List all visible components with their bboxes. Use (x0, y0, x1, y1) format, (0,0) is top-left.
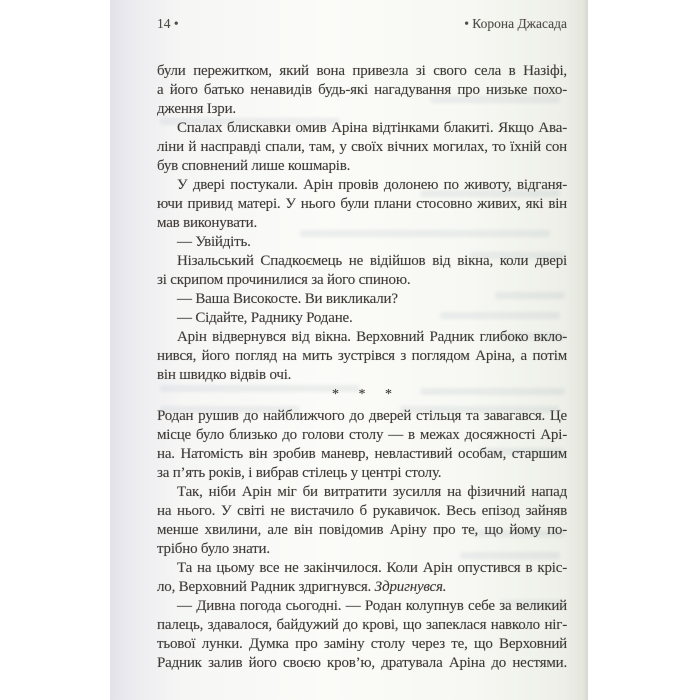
text-line: Та на цьому все не закінчилося. Коли Арі… (157, 559, 567, 578)
text-line-segment: — Ваша Високосте. Ви викликали? (177, 291, 398, 307)
text-line: Нізальський Спадкоємець не відійшов від … (157, 252, 567, 271)
text-line-segment: — Сідайте, Раднику Родане. (177, 310, 353, 326)
scan-background: { "header": { "left": "14 •", "right": "… (0, 0, 700, 700)
text-line-segment: ло, Верховний Радник здригнувся. (157, 579, 375, 595)
text-line-segment: а його батько ненавидів будь-які нагадув… (157, 82, 567, 98)
text-line-segment: дження Ізри. (157, 101, 236, 117)
text-line-segment: був сповнений лише кошмарів. (157, 158, 350, 174)
text-line-segment: були пережитком, який вона привезла зі с… (157, 63, 567, 79)
text-line: ліни й насправді спали, там, у своїх віч… (157, 138, 567, 157)
text-line-segment: Арін відвернувся від вікна. Верховний Ра… (177, 329, 567, 345)
text-line: за п’ять років, і вибрав стілець у центр… (157, 464, 567, 483)
text-line: були пережитком, який вона привезла зі с… (157, 62, 567, 81)
text-line: Так, ніби Арін міг би витратити зусилля … (157, 483, 567, 502)
text-line-segment: зі скрипом прочинилися за його спиною. (157, 272, 410, 288)
text-line-segment: на нього. У світі не вистачило б рукавич… (157, 503, 567, 519)
text-line: на нього. У світі не вистачило б рукавич… (157, 502, 567, 521)
text-line: ло, Верховний Радник здригнувся. Здригну… (157, 578, 567, 597)
text-line-segment: Родан рушив до найближчого до дверей сті… (157, 408, 567, 424)
text-line-segment: ліни й насправді спали, там, у своїх віч… (157, 139, 567, 155)
text-line-segment: Так, ніби Арін міг би витратити зусилля … (177, 484, 567, 500)
text-line-segment: за п’ять років, і вибрав стілець у центр… (157, 465, 441, 481)
section-break: * * * (157, 385, 567, 407)
book-page: 14 • • Корона Джасада були пережитком, я… (110, 0, 588, 700)
text-line-segment: Та на цьому все не закінчилося. Коли Арі… (177, 560, 567, 576)
text-line-segment: менше хвилини, але він повідомив Аріну п… (157, 522, 567, 538)
text-line-segment: нився, його погляд на мить зустрівся з п… (157, 348, 567, 364)
text-line: трібно було знати. (157, 540, 567, 559)
text-block-before-break: були пережитком, який вона привезла зі с… (157, 62, 567, 385)
text-line-segment: місце було близько до голови столу — в м… (157, 427, 567, 443)
page-number: 14 • (157, 15, 179, 33)
text-line-segment: тьової лунки. Думка про заміну столу чер… (157, 636, 567, 652)
text-line-segment: він швидко відвів очі. (157, 367, 291, 383)
text-line: — Увійдіть. (157, 233, 567, 252)
text-line: — Дивна погода сьогодні. — Родан колупну… (157, 597, 567, 616)
text-line: палець, здавалося, байдужий до крові, що… (157, 616, 567, 635)
text-line: нився, його погляд на мить зустрівся з п… (157, 347, 567, 366)
text-line: У двері постукали. Арін провів долонею п… (157, 176, 567, 195)
text-line-segment: — Дивна погода сьогодні. — Родан колупну… (177, 598, 567, 614)
text-line: Родан рушив до найближчого до дверей сті… (157, 407, 567, 426)
text-line: — Ваша Високосте. Ви викликали? (157, 290, 567, 309)
page-header: 14 • • Корона Джасада (157, 15, 567, 33)
text-line-segment: У двері постукали. Арін провів долонею п… (177, 177, 567, 193)
text-line-segment: Радник залив його своєю кров’ю, дратувал… (157, 655, 567, 671)
running-title: • Корона Джасада (464, 15, 567, 33)
italic-text: Здригнувся. (375, 579, 447, 595)
text-line: ючи привид матері. У нього були плани ст… (157, 195, 567, 214)
text-line: — Сідайте, Раднику Родане. (157, 309, 567, 328)
text-line: Арін відвернувся від вікна. Верховний Ра… (157, 328, 567, 347)
text-line-segment: — Увійдіть. (177, 234, 251, 250)
text-line: менше хвилини, але він повідомив Аріну п… (157, 521, 567, 540)
text-line: він швидко відвів очі. (157, 366, 567, 385)
text-line-segment: палець, здавалося, байдужий до крові, що… (157, 617, 567, 633)
page-body: були пережитком, який вона привезла зі с… (157, 62, 567, 673)
text-line: місце було близько до голови столу — в м… (157, 426, 567, 445)
text-line: дження Ізри. (157, 100, 567, 119)
text-line-segment: на. Натомість він зробив маневр, невласт… (157, 446, 567, 462)
text-block-after-break: Родан рушив до найближчого до дверей сті… (157, 407, 567, 673)
text-line: зі скрипом прочинилися за його спиною. (157, 271, 567, 290)
text-line-segment: трібно було знати. (157, 541, 270, 557)
text-line-segment: мав виконувати. (157, 215, 257, 231)
text-line: тьової лунки. Думка про заміну столу чер… (157, 635, 567, 654)
text-line: був сповнений лише кошмарів. (157, 157, 567, 176)
text-line: на. Натомість він зробив маневр, невласт… (157, 445, 567, 464)
text-line: Спалах блискавки омив Аріна відтінками б… (157, 119, 567, 138)
text-line-segment: Нізальський Спадкоємець не відійшов від … (177, 253, 567, 269)
text-line-segment: Спалах блискавки омив Аріна відтінками б… (177, 120, 567, 136)
text-line: а його батько ненавидів будь-які нагадув… (157, 81, 567, 100)
text-line: Радник залив його своєю кров’ю, дратувал… (157, 654, 567, 673)
text-line-segment: ючи привид матері. У нього були плани ст… (157, 196, 567, 212)
text-line: мав виконувати. (157, 214, 567, 233)
